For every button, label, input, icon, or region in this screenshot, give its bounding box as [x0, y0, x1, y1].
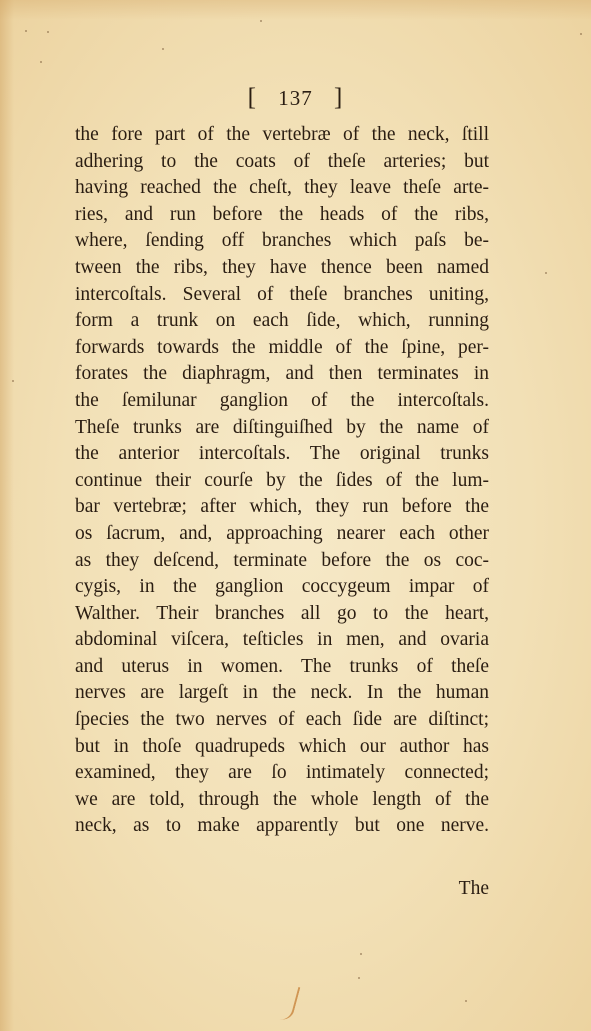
paper-speck — [40, 61, 42, 63]
text-line: cygis, in the ganglion coccygeum impar o… — [75, 574, 489, 601]
text-line: ries, and run before the heads of the ri… — [75, 202, 489, 229]
text-line: ſpecies the two nerves of each ſide are … — [75, 707, 489, 734]
paper-speck — [358, 977, 360, 979]
body-text: the fore part of the vertebræ of the nec… — [75, 122, 489, 840]
text-line: the anterior intercoſtals. The original … — [75, 441, 489, 468]
text-line: continue their courſe by the ſides of th… — [75, 468, 489, 495]
text-line: we are told, through the whole length of… — [75, 787, 489, 814]
paper-speck — [25, 30, 27, 32]
paper-speck — [260, 20, 262, 22]
text-line: but in thoſe quadrupeds which our author… — [75, 734, 489, 761]
text-line: as they deſcend, terminate before the os… — [75, 548, 489, 575]
running-head: [ 137 ] — [0, 84, 591, 112]
text-line: bar vertebræ; after which, they run befo… — [75, 494, 489, 521]
text-line: tween the ribs, they have thence been na… — [75, 255, 489, 282]
text-line: nerves are largeſt in the neck. In the h… — [75, 680, 489, 707]
catchword: The — [75, 878, 489, 900]
open-bracket: [ — [248, 84, 257, 111]
paper-speck — [360, 953, 362, 955]
text-line: neck, as to make apparently but one nerv… — [75, 813, 489, 840]
text-line: Walther. Their branches all go to the he… — [75, 601, 489, 628]
paper-speck — [12, 380, 14, 382]
text-line: the fore part of the vertebræ of the nec… — [75, 122, 489, 149]
text-line: os ſacrum, and, approaching nearer each … — [75, 521, 489, 548]
text-line: abdominal viſcera, teſticles in men, and… — [75, 627, 489, 654]
paper-speck — [580, 33, 582, 35]
paper-speck — [545, 272, 547, 274]
paper-speck — [465, 1000, 467, 1002]
paper-speck — [162, 48, 164, 50]
text-line: form a trunk on each ſide, which, runnin… — [75, 308, 489, 335]
text-line: having reached the cheſt, they leave the… — [75, 175, 489, 202]
text-line: Theſe trunks are diſtinguiſhed by the na… — [75, 415, 489, 442]
paper-speck — [47, 31, 49, 33]
text-line: adhering to the coats of theſe arteries;… — [75, 149, 489, 176]
page-number: 137 — [278, 86, 313, 110]
text-line: and uterus in women. The trunks of theſe — [75, 654, 489, 681]
page-edge-shadow — [0, 0, 14, 1031]
text-line: where, ſending off branches which paſs b… — [75, 228, 489, 255]
close-bracket: ] — [334, 84, 343, 111]
page-top-shadow — [0, 0, 591, 20]
text-line: intercoſtals. Several of theſe branches … — [75, 282, 489, 309]
text-line: examined, they are ſo intimately connect… — [75, 760, 489, 787]
stray-fiber — [278, 984, 301, 1022]
text-line: forates the diaphragm, and then terminat… — [75, 361, 489, 388]
text-line: the ſemilunar ganglion of the intercoſta… — [75, 388, 489, 415]
text-line: forwards towards the middle of the ſpine… — [75, 335, 489, 362]
